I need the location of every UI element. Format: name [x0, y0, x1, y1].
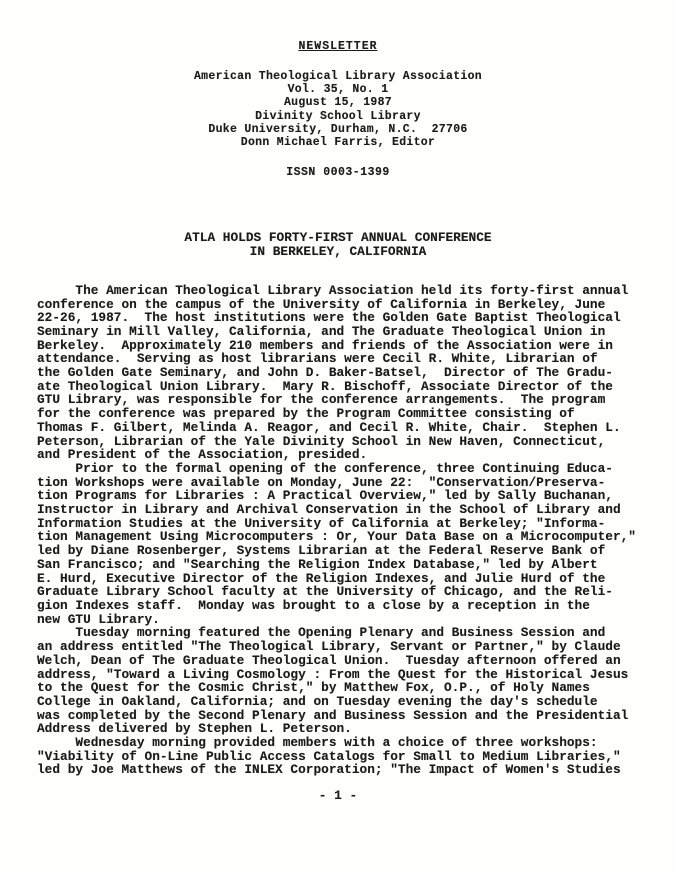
issn-number: ISSN 0003-1399 [0, 166, 676, 179]
newsletter-header: NEWSLETTER [0, 36, 676, 54]
article-body: The American Theological Library Associa… [37, 284, 676, 777]
page-number: - 1 - [0, 788, 676, 803]
masthead: American Theological Library Association… [0, 70, 676, 149]
newsletter-page: NEWSLETTER American Theological Library … [0, 0, 676, 875]
article-title: ATLA HOLDS FORTY-FIRST ANNUAL CONFERENCE… [0, 231, 676, 259]
newsletter-title: NEWSLETTER [298, 40, 377, 53]
